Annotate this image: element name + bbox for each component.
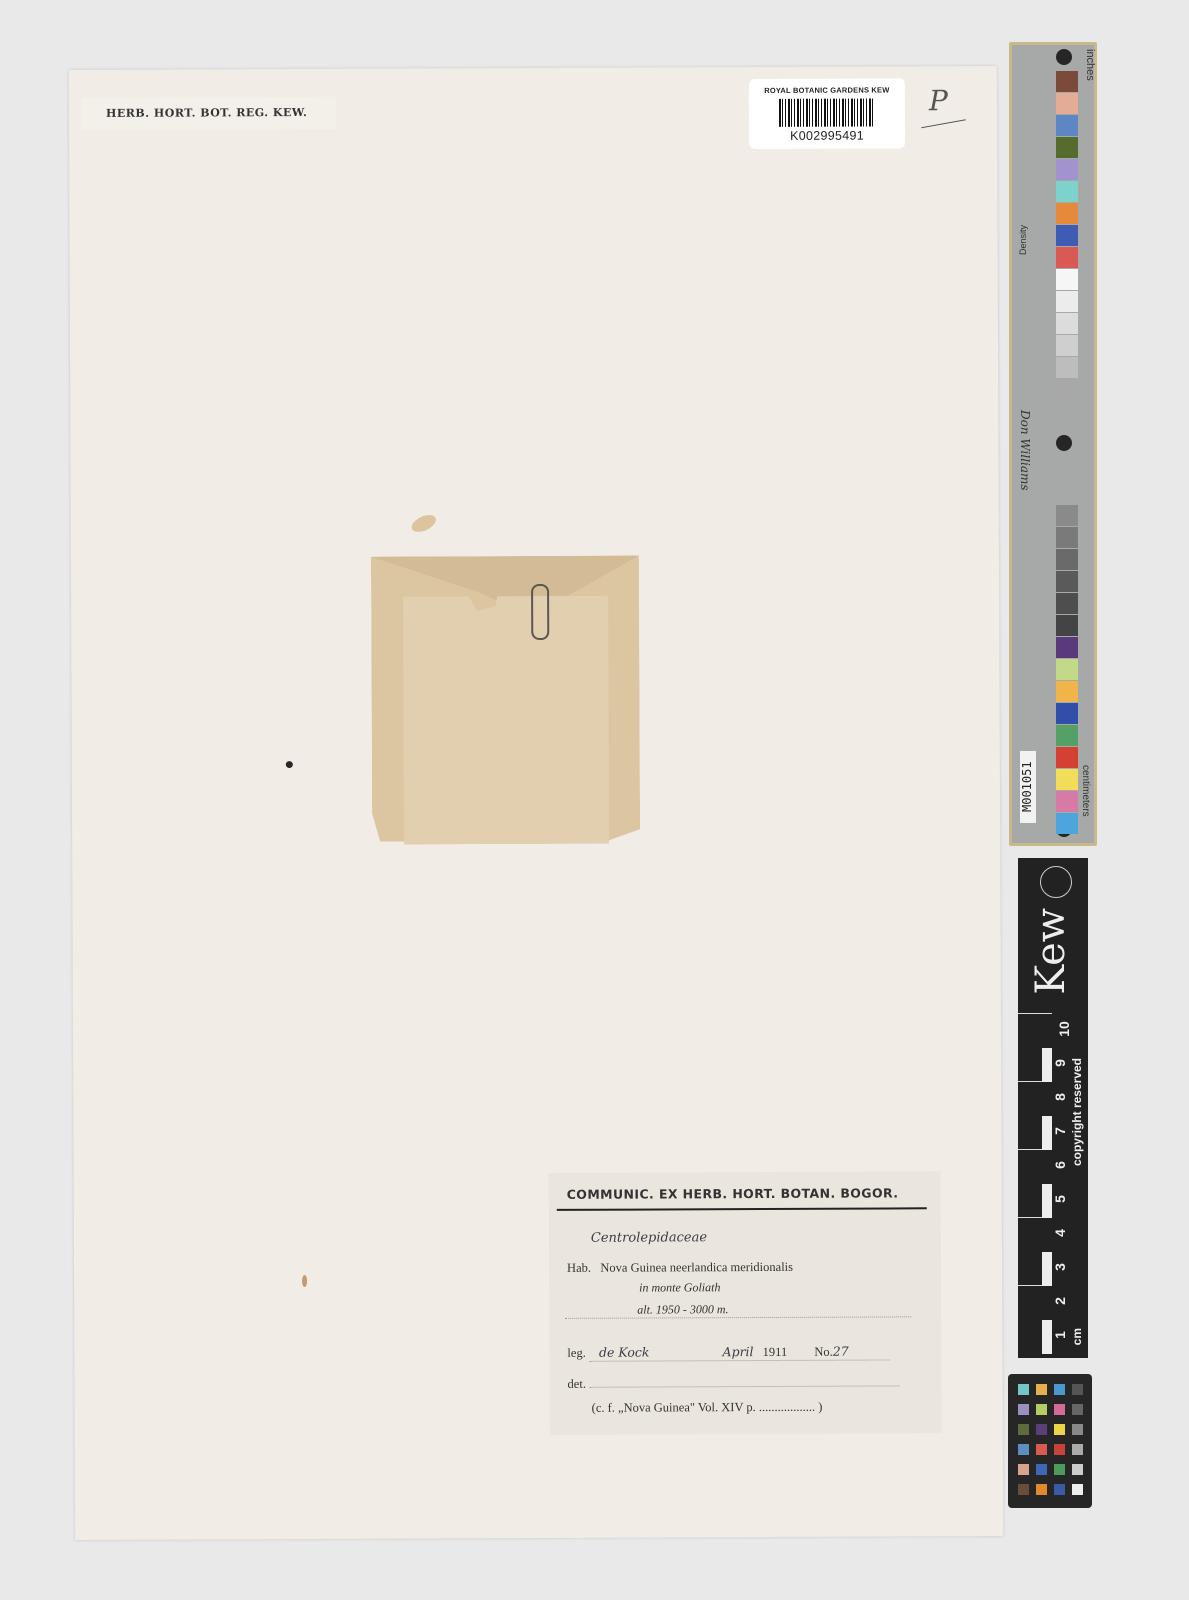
label-title: COMMUNIC. EX HERB. HORT. BOTAN. BOGOR.: [567, 1185, 899, 1201]
scale-tick-label: 2: [1052, 1297, 1068, 1305]
checker-patch: [1054, 1384, 1065, 1395]
barcode-icon: [779, 99, 875, 127]
label-rule: [557, 1207, 927, 1211]
color-swatch: [1056, 93, 1078, 114]
reference-row: (c. f. „Nova Guinea" Vol. XIV p. .......…: [592, 1400, 823, 1416]
kew-logo: Kew: [1028, 908, 1074, 995]
color-swatch: [1056, 791, 1078, 812]
scale-tick-label: 10: [1056, 1021, 1072, 1037]
debris-dot: [286, 761, 293, 768]
checker-patch: [1036, 1484, 1047, 1495]
scale-tick-label: 9: [1052, 1059, 1068, 1067]
barcode-label: ROYAL BOTANIC GARDENS KEW K002995491: [749, 78, 905, 149]
ruler-centimeters-label: centimeters: [1080, 765, 1091, 817]
scale-segment: [1018, 1217, 1052, 1252]
altitude: alt. 1950 - 3000 m.: [565, 1301, 911, 1319]
color-swatch: [1056, 137, 1078, 158]
color-swatch: [1056, 703, 1078, 724]
color-swatch: [1056, 813, 1078, 834]
color-swatch: [1056, 357, 1078, 378]
collection-month: April: [723, 1344, 754, 1359]
scale-segment: [1042, 1183, 1052, 1218]
checker-patch: [1054, 1404, 1065, 1415]
debris-fragment: [302, 1275, 307, 1287]
kew-unit: cm: [1070, 1328, 1084, 1345]
scale-tick-label: 1: [1052, 1331, 1068, 1339]
color-swatch: [1056, 181, 1078, 202]
specimen-label: COMMUNIC. EX HERB. HORT. BOTAN. BOGOR. C…: [549, 1171, 942, 1435]
checker-patch: [1072, 1484, 1083, 1495]
color-swatch: [1056, 549, 1078, 570]
stain-mark: [409, 512, 438, 536]
color-swatch: [1056, 725, 1078, 746]
herbarium-stamp: HERB. HORT. BOT. REG. KEW.: [81, 97, 336, 130]
hab-prefix: Hab.: [567, 1261, 591, 1275]
color-swatch: [1056, 335, 1078, 356]
color-swatch: [1056, 159, 1078, 180]
collection-year: 1911: [763, 1345, 788, 1359]
scale-segment: [1042, 1251, 1052, 1286]
kew-cm-scale: 12345678910: [1018, 998, 1054, 1353]
collector: de Kock: [599, 1345, 650, 1360]
checker-patch: [1018, 1464, 1029, 1475]
ruler-brand: Don Williams: [1018, 410, 1032, 491]
ruler-code: M001051: [1020, 751, 1036, 823]
packet-front: [403, 596, 609, 845]
color-swatch: [1056, 269, 1078, 290]
scale-tick-label: 7: [1052, 1127, 1068, 1135]
checker-patch: [1036, 1384, 1047, 1395]
leg-row: leg. de Kock April 1911 No.27: [567, 1343, 917, 1362]
checker-patch: [1018, 1484, 1029, 1495]
checker-patch: [1072, 1404, 1083, 1415]
checker-patch: [1018, 1424, 1029, 1435]
collection-number: 27: [833, 1344, 849, 1359]
checker-patch: [1036, 1404, 1047, 1415]
checker-patch: [1054, 1484, 1065, 1495]
ruler-hole-top: [1056, 49, 1072, 65]
color-swatch: [1056, 769, 1078, 790]
color-swatch: [1056, 681, 1078, 702]
scale-tick-label: 4: [1052, 1229, 1068, 1237]
color-swatch: [1056, 637, 1078, 658]
specimen-packet[interactable]: [371, 556, 642, 845]
scale-segment: [1018, 1013, 1052, 1048]
kew-crest-icon: [1040, 866, 1072, 898]
color-swatch: [1056, 593, 1078, 614]
color-swatch: [1056, 659, 1078, 680]
leg-prefix: leg.: [567, 1346, 585, 1360]
color-swatch: [1056, 71, 1078, 92]
family-name: Centrolepidaceae: [591, 1230, 707, 1246]
scale-tick-label: 6: [1052, 1161, 1068, 1169]
checker-patch: [1072, 1444, 1083, 1455]
checker-patch: [1054, 1424, 1065, 1435]
ruler-hole-middle: [1056, 435, 1072, 451]
checker-patch: [1072, 1424, 1083, 1435]
checker-patch: [1036, 1424, 1047, 1435]
scale-segment: [1042, 1115, 1052, 1150]
checker-patch: [1054, 1444, 1065, 1455]
scale-tick-label: 3: [1052, 1263, 1068, 1271]
color-density-ruler: inches Density Don Williams M001051 cent…: [1009, 42, 1097, 846]
corner-mark: P: [929, 84, 948, 117]
color-checker-card: [1008, 1374, 1092, 1508]
color-swatch: [1056, 115, 1078, 136]
herbarium-sheet: HERB. HORT. BOT. REG. KEW. ROYAL BOTANIC…: [69, 66, 1003, 1540]
no-prefix: No.: [814, 1345, 832, 1359]
barcode-number: K002995491: [749, 128, 905, 143]
det-row: det.: [567, 1373, 899, 1391]
ruler-inches-label: inches: [1084, 49, 1096, 81]
kew-copyright: copyright reserved: [1070, 1058, 1084, 1166]
color-swatch: [1056, 225, 1078, 246]
color-swatch: [1056, 571, 1078, 592]
color-swatch: [1056, 313, 1078, 334]
ruler-density-label: Density: [1018, 225, 1028, 255]
paperclip-icon: [531, 584, 549, 640]
scale-segment: [1042, 1047, 1052, 1082]
color-swatch: [1056, 527, 1078, 548]
corner-mark-underline: [921, 119, 965, 128]
kew-scale-bar: Kew 12345678910 copyright reserved cm: [1018, 858, 1088, 1358]
scale-tick-label: 5: [1052, 1195, 1068, 1203]
color-swatch: [1056, 291, 1078, 312]
color-swatch: [1056, 379, 1078, 400]
habitat-row: Hab. Nova Guinea neerlandica meridionali…: [567, 1260, 793, 1276]
checker-patch: [1018, 1384, 1029, 1395]
hab-printed: Nova Guinea neerlandica meridionalis: [600, 1260, 793, 1275]
checker-patch: [1018, 1444, 1029, 1455]
checker-patch: [1072, 1384, 1083, 1395]
color-swatch: [1056, 505, 1078, 526]
checker-patch: [1054, 1464, 1065, 1475]
barcode-org: ROYAL BOTANIC GARDENS KEW: [749, 85, 905, 95]
scale-segment: [1018, 1081, 1052, 1116]
scale-tick-label: 8: [1052, 1093, 1068, 1101]
scale-segment: [1042, 1319, 1052, 1354]
scale-segment: [1018, 1149, 1052, 1184]
checker-patch: [1036, 1464, 1047, 1475]
checker-patch: [1036, 1444, 1047, 1455]
hab-handwritten: in monte Goliath: [639, 1280, 720, 1295]
scale-segment: [1018, 1285, 1052, 1320]
color-swatch: [1056, 615, 1078, 636]
checker-patch: [1018, 1404, 1029, 1415]
color-swatch: [1056, 247, 1078, 268]
color-swatch: [1056, 747, 1078, 768]
det-prefix: det.: [568, 1377, 586, 1391]
checker-patch: [1072, 1464, 1083, 1475]
color-swatch: [1056, 203, 1078, 224]
